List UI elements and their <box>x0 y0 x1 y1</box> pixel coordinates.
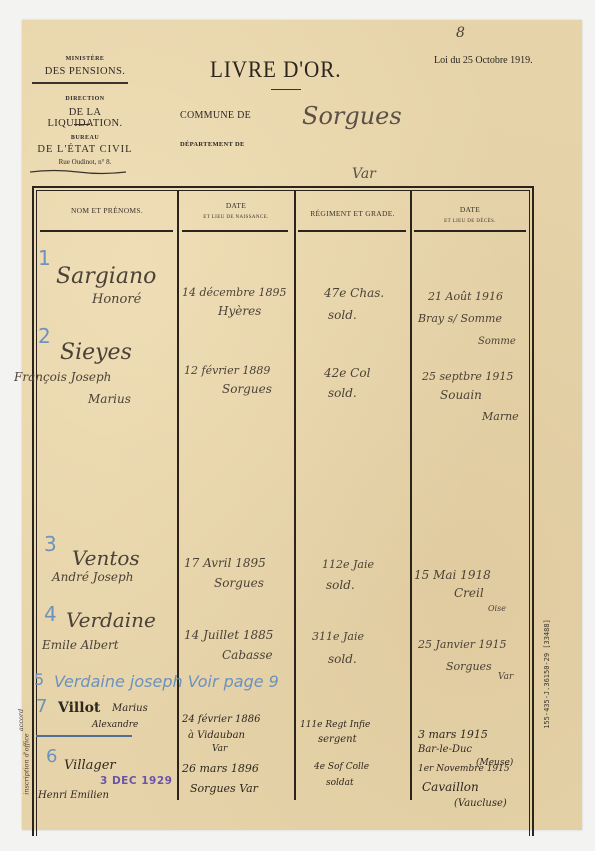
letterhead-rule <box>32 82 128 84</box>
row-number: 1 <box>38 246 51 270</box>
column-header-death: DATE ET LIEU DE DÉCÈS. <box>412 205 528 224</box>
row-death-date: 25 septbre 1915 <box>422 370 513 383</box>
margin-note-2: accord <box>17 709 25 731</box>
row-death-region: Oise <box>488 604 506 613</box>
row-death-date: 15 Mai 1918 <box>414 568 491 582</box>
row-grade: sold. <box>328 308 357 322</box>
row-birth-date: 14 décembre 1895 <box>182 286 286 299</box>
row-birth-date: 12 février 1889 <box>184 364 270 377</box>
law-reference: Loi du 25 Octobre 1919. <box>434 55 533 66</box>
header-rule <box>182 230 288 232</box>
row-death-place: Bray s/ Somme <box>418 312 502 325</box>
row-birth-place: Cabasse <box>222 648 273 662</box>
row-death-place: Souain <box>440 388 482 402</box>
direction-name: DE LA LIQUIDATION. <box>30 107 140 129</box>
row-birth-date: 14 Juillet 1885 <box>184 628 273 642</box>
column-header-birth: DATE ET LIEU DE NAISSANCE. <box>179 201 293 220</box>
row-death-place: Creil <box>454 586 484 600</box>
row-grade: sold. <box>326 578 355 592</box>
row-birth-place: Sorgues Var <box>190 782 258 795</box>
row-surname: Ventos <box>72 546 140 570</box>
row-birth-place: Sorgues <box>222 382 272 396</box>
row-regiment: 42e Col <box>324 366 370 380</box>
row-surname: Verdaine <box>66 608 156 632</box>
row-surname: Sargiano <box>56 264 156 289</box>
row-number: 7 <box>36 696 47 717</box>
row-given-names: François Joseph <box>14 370 111 384</box>
row-number: 6 <box>46 746 57 767</box>
bureau-name: DE L'ÉTAT CIVIL <box>30 144 140 155</box>
row-death-date: 3 mars 1915 <box>418 728 488 741</box>
column-header-name: NOM ET PRÉNOMS. <box>38 206 176 215</box>
row-given-names: André Joseph <box>52 570 133 584</box>
column-header-regiment: RÉGIMENT ET GRADE. <box>296 209 409 218</box>
row-given-names-2: Marius <box>88 392 131 406</box>
row-regiment: 47e Chas. <box>324 286 384 300</box>
row-grade: sergent <box>318 734 357 745</box>
direction-label: DIRECTION <box>30 96 140 102</box>
row-surname: Villager <box>64 758 116 773</box>
row-death-place: Bar-le-Duc <box>418 744 472 755</box>
row-given-names: Honoré <box>92 292 141 307</box>
row-birth-date: 26 mars 1896 <box>182 762 259 775</box>
departement-label: DÉPARTEMENT DE <box>180 141 245 148</box>
row-number: 4 <box>44 602 57 626</box>
departement-value: Var <box>352 166 376 182</box>
row-death-date: 1er Novembre 1915 <box>418 764 510 774</box>
row-birth-place: Hyères <box>218 304 261 318</box>
bureau-label: BUREAU <box>30 135 140 141</box>
row-birth-date: 17 Avril 1895 <box>184 556 266 570</box>
row-surname: Sieyes <box>60 340 132 365</box>
column-divider <box>177 190 179 800</box>
row-birth-place: Sorgues <box>214 576 264 590</box>
row-number: 3 <box>44 532 57 556</box>
row-given-names: Marius <box>112 703 148 714</box>
ministry-label: MINISTÈRE <box>30 56 140 62</box>
bureau-address: Rue Oudinot, n° 8. <box>30 158 140 166</box>
row-birth-place: à Vidauban <box>188 730 245 741</box>
row-given-names: Emile Albert <box>42 638 119 652</box>
row-death-place: Sorgues <box>446 660 492 673</box>
row-death-region: Somme <box>478 336 516 347</box>
page-title: LIVRE D'OR. <box>210 57 341 83</box>
row-birth-region: Var <box>212 744 227 754</box>
row-regiment: 4e Sof Colle <box>314 762 369 772</box>
row-given-names-2: Alexandre <box>92 720 138 730</box>
strike-underline <box>36 735 132 737</box>
column-divider <box>294 190 296 800</box>
row-number: 5 <box>34 670 44 689</box>
document-page: 8 MINISTÈRE DES PENSIONS. DIRECTION DE L… <box>22 20 582 830</box>
row-regiment: 311e Jaie <box>312 630 364 643</box>
commune-value: Sorgues <box>302 102 402 130</box>
row-given-names: Henri Emilien <box>38 790 109 801</box>
row-death-region: Var <box>498 672 513 682</box>
row-grade: sold. <box>328 386 357 400</box>
row-grade: sold. <box>328 652 357 666</box>
commune-label: COMMUNE DE <box>180 110 251 121</box>
letterhead-rule-short <box>74 124 90 125</box>
ministry-name: DES PENSIONS. <box>30 66 140 77</box>
row-number: 2 <box>38 324 51 348</box>
row-death-date: 25 Janvier 1915 <box>418 638 507 651</box>
page-number: 8 <box>456 25 465 41</box>
column-divider <box>410 190 412 800</box>
header-rule <box>40 230 173 232</box>
row-death-region: (Vaucluse) <box>454 798 507 809</box>
row-death-region: Marne <box>482 410 519 423</box>
header-rule <box>414 230 526 232</box>
archive-reference: 155-435-J.36150-29 [33488] <box>543 619 551 729</box>
date-stamp: 3 DEC 1929 <box>100 775 172 787</box>
row-surname: Villot <box>58 700 100 716</box>
title-rule <box>271 89 301 90</box>
row-regiment: 111e Regt Infie <box>300 720 370 730</box>
row-death-place: Cavaillon <box>422 780 479 794</box>
row-grade: soldat <box>326 778 354 788</box>
header-rule <box>298 230 406 232</box>
row-birth-date: 24 février 1886 <box>182 714 260 725</box>
row-death-date: 21 Août 1916 <box>428 290 503 303</box>
margin-note: inscription d'office <box>23 733 31 794</box>
row-regiment: 112e Jaie <box>322 558 374 571</box>
ornament-rule <box>30 169 126 175</box>
cross-reference-note: Verdaine joseph Voir page 9 <box>54 672 279 691</box>
